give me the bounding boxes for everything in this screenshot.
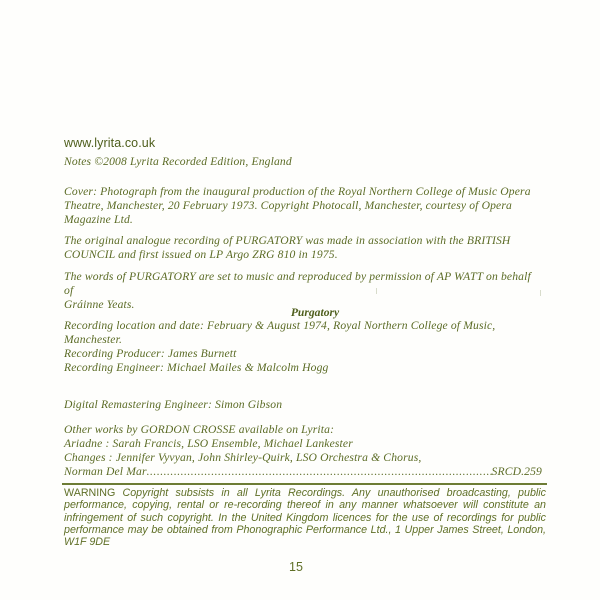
catalogue-number: SRCD.259 xyxy=(492,465,542,479)
credit-line: Recording Producer: James Burnett xyxy=(64,347,542,361)
other-works: Other works by GORDON CROSSE available o… xyxy=(64,423,542,479)
cover-credit-line: Magazine Ltd. xyxy=(64,213,542,227)
other-works-heading: Other works by GORDON CROSSE available o… xyxy=(64,423,542,437)
page-number: 15 xyxy=(289,560,303,574)
warning-label: WARNING xyxy=(64,487,115,499)
warning-text: Copyright subsists in all Lyrita Recordi… xyxy=(123,487,546,499)
booklet-page: www.lyrita.co.uk Notes ©2008 Lyrita Reco… xyxy=(64,0,542,600)
website-link[interactable]: www.lyrita.co.uk xyxy=(64,136,155,150)
warning-line: performance, copying, rental or re-recor… xyxy=(64,499,546,511)
original-recording-line: The original analogue recording of PURGA… xyxy=(64,234,542,248)
warning-line: infringement of such copyright. In the U… xyxy=(64,512,546,524)
cover-credit: Cover: Photograph from the inaugural pro… xyxy=(64,185,542,227)
copyright-warning: WARNING Copyright subsists in all Lyrita… xyxy=(64,487,546,548)
work-title: Purgatory xyxy=(76,306,554,319)
other-work-line: Ariadne : Sarah Francis, LSO Ensemble, M… xyxy=(64,437,542,451)
catalogue-entry: Norman Del Mar SRCD.259 xyxy=(64,465,542,479)
warning-line: performance may be obtained from Phonogr… xyxy=(64,524,546,536)
divider-rule xyxy=(62,483,547,485)
scan-mark xyxy=(376,288,377,294)
cover-credit-line: Theatre, Manchester, 20 February 1973. C… xyxy=(64,199,542,213)
warning-line: W1F 9DE xyxy=(64,536,546,548)
credit-line: Recording location and date: February & … xyxy=(64,319,542,333)
original-recording-line: COUNCIL and first issued on LP Argo ZRG … xyxy=(64,248,542,262)
cover-credit-line: Cover: Photograph from the inaugural pro… xyxy=(64,185,542,199)
notes-copyright: Notes ©2008 Lyrita Recorded Edition, Eng… xyxy=(64,155,542,169)
remastering-credit: Digital Remastering Engineer: Simon Gibs… xyxy=(64,398,542,412)
dot-leader xyxy=(147,465,492,479)
original-recording-note: The original analogue recording of PURGA… xyxy=(64,234,542,262)
conductor-name: Norman Del Mar xyxy=(64,465,147,479)
credit-line: Recording Engineer: Michael Mailes & Mal… xyxy=(64,361,542,375)
credit-line: Manchester. xyxy=(64,333,542,347)
scan-mark xyxy=(540,290,541,296)
warning-line: WARNING Copyright subsists in all Lyrita… xyxy=(64,487,546,499)
other-work-line: Changes : Jennifer Vyvyan, John Shirley-… xyxy=(64,451,542,465)
recording-credits: Recording location and date: February & … xyxy=(64,319,542,375)
words-permission-line: The words of PURGATORY are set to music … xyxy=(64,270,542,298)
